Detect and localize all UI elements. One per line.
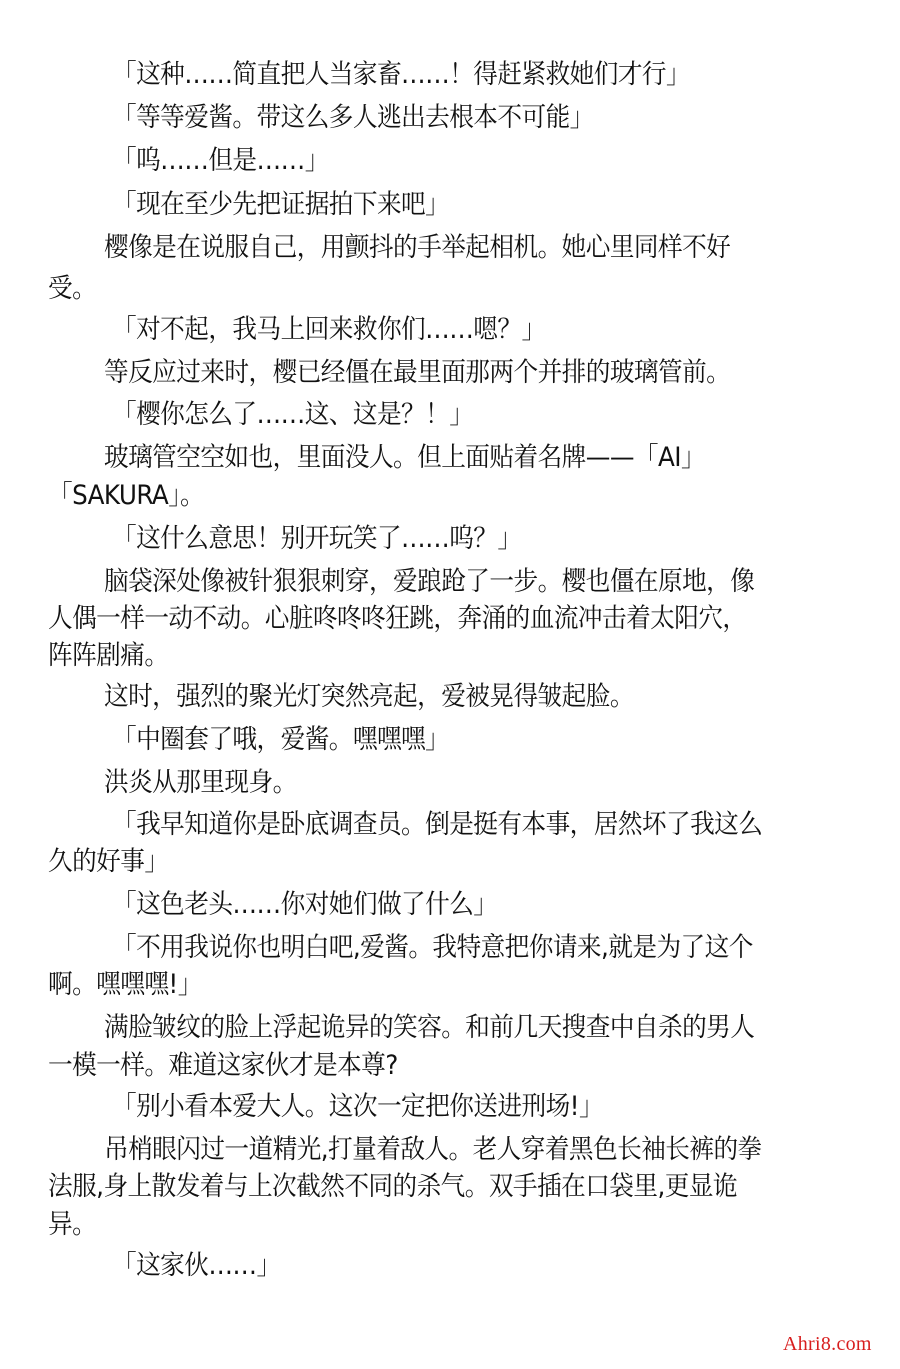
text-line: 洪炎从那里现身。 xyxy=(104,766,297,800)
text-line: 脑袋深处像被针狠狠刺穿，爱踉跄了一步。樱也僵在原地，像 xyxy=(104,565,754,599)
text-line: 等反应过来时，樱已经僵在最里面那两个并排的玻璃管前。 xyxy=(104,356,730,390)
text-line: 「别小看本爱大人。这次一定把你送进刑场!」 xyxy=(112,1090,603,1124)
text-line: 人偶一样一动不动。心脏咚咚咚狂跳，奔涌的血流冲击着太阳穴， xyxy=(48,602,747,636)
text-line: 「樱你怎么了……这、这是？！」 xyxy=(112,398,473,432)
watermark: Ahri8.com xyxy=(783,1333,872,1356)
text-line: 异。 xyxy=(48,1208,96,1242)
text-line: 一模一样。难道这家伙才是本尊? xyxy=(48,1049,398,1083)
text-line: 「我早知道你是卧底调查员。倒是挺有本事，居然坏了我这么 xyxy=(112,808,762,842)
text-line: 「对不起，我马上回来救你们……嗯？」 xyxy=(112,313,546,347)
text-line: 满脸皱纹的脸上浮起诡异的笑容。和前几天搜查中自杀的男人 xyxy=(104,1011,754,1045)
text-line: 受。 xyxy=(48,272,96,306)
text-line: 「这色老头……你对她们做了什么」 xyxy=(112,888,497,922)
text-line: 「不用我说你也明白吧,爱酱。我特意把你请来,就是为了这个 xyxy=(112,931,753,965)
text-line: 樱像是在说服自己，用颤抖的手举起相机。她心里同样不好 xyxy=(104,231,730,265)
text-line: 啊。嘿嘿嘿!」 xyxy=(48,968,202,1002)
text-line: 「这家伙……」 xyxy=(112,1249,281,1283)
text-line: 「中圈套了哦，爱酱。嘿嘿嘿」 xyxy=(112,723,449,757)
text-line: 「呜……但是……」 xyxy=(112,144,329,178)
text-line: 「等等爱酱。带这么多人逃出去根本不可能」 xyxy=(112,101,594,135)
text-line: 法服,身上散发着与上次截然不同的杀气。双手插在口袋里,更显诡 xyxy=(48,1170,737,1204)
text-line: 久的好事」 xyxy=(48,845,168,879)
text-line: 阵阵剧痛。 xyxy=(48,639,168,673)
text-line: 玻璃管空空如也，里面没人。但上面贴着名牌——「AI」 xyxy=(104,441,705,475)
novel-page: 「这种……简直把人当家畜……！得赶紧救她们才行」 「等等爱酱。带这么多人逃出去根… xyxy=(0,0,900,1369)
text-line: 这时，强烈的聚光灯突然亮起，爱被晃得皱起脸。 xyxy=(104,680,634,714)
text-line: 「SAKURA」。 xyxy=(48,479,204,513)
text-line: 吊梢眼闪过一道精光,打量着敌人。老人穿着黑色长袖长裤的拳 xyxy=(104,1133,762,1167)
text-line: 「这种……简直把人当家畜……！得赶紧救她们才行」 xyxy=(112,58,690,92)
text-line: 「现在至少先把证据拍下来吧」 xyxy=(112,188,449,222)
text-line: 「这什么意思！别开玩笑了……呜？」 xyxy=(112,522,521,556)
